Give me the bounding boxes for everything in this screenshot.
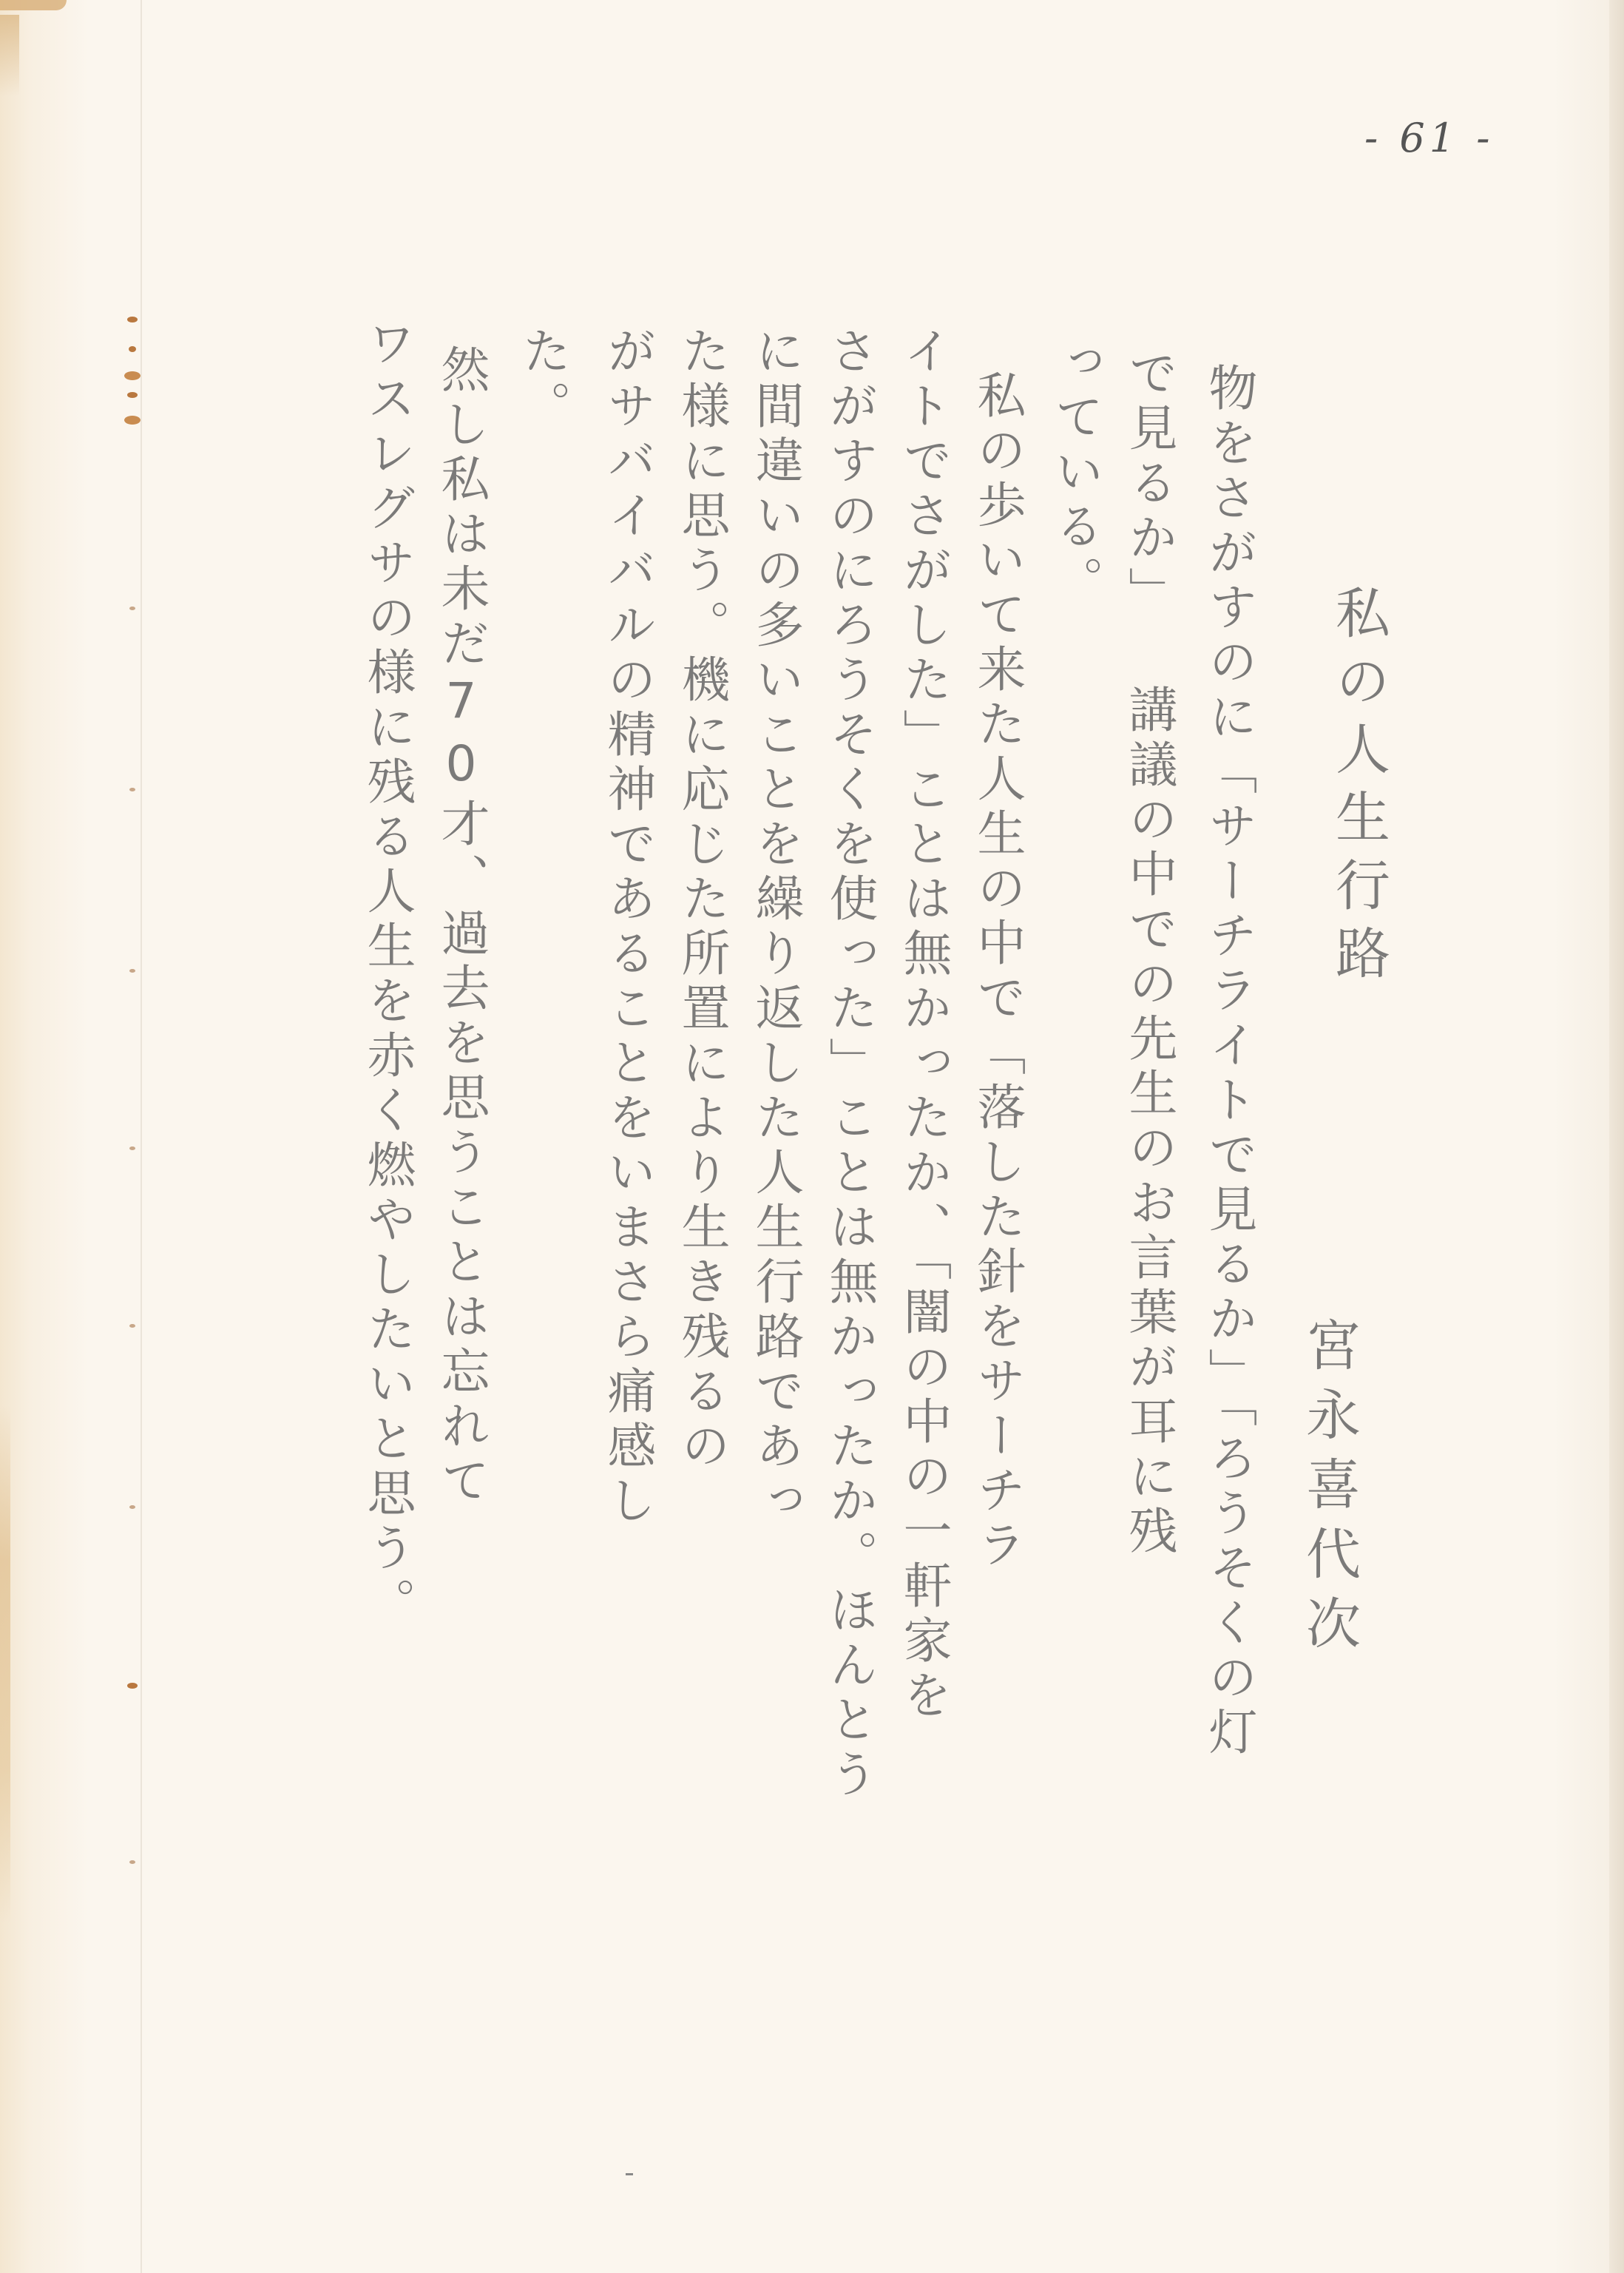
binding-hole (127, 392, 138, 398)
paper-stain-left (0, 15, 19, 96)
binding-hole (129, 1860, 135, 1864)
body-column-9: がサバイバルの精神であることをいまさら痛感し (603, 325, 652, 1530)
body-column-2: で見るか」 講議の中での先生のお言葉が耳に残 (1124, 348, 1173, 1560)
page-right-edge (1609, 0, 1624, 2273)
manuscript-page: - 61 - 私の人生行路 宮永喜代次 物をさがすのに「サーチライトで見るか」「… (0, 0, 1624, 2273)
binding-hole (129, 607, 135, 610)
paper-stain-top (0, 0, 67, 10)
binding-hole (129, 1505, 135, 1509)
binding-hole (124, 416, 141, 425)
paper-stain-left-lower (0, 1405, 10, 1923)
body-column-3: っている。 (1050, 337, 1099, 610)
binding-hole (127, 317, 138, 322)
body-column-7: に間違いの多いことを繰り返した人生行路であっ (751, 325, 799, 1530)
binding-hole (129, 346, 136, 352)
body-column-8: た様に思う。機に応じた所置により生き残るの (677, 325, 725, 1475)
binding-hole (129, 1324, 135, 1328)
body-column-4: 私の歩いて来た人生の中で「落した針をサーチラ (972, 370, 1021, 1574)
body-column-11: 然し私は未だ70才、過去を思うことは忘れて (436, 344, 485, 1510)
body-column-5: イトでさがした」ことは無かったか、「闇の中の一軒家を (899, 325, 947, 1724)
page-number: - 61 - (1364, 115, 1495, 161)
binding-hole (129, 788, 135, 791)
pencil-mark (626, 2173, 633, 2175)
body-column-6: さがすのにろうそくを使った」ことは無かったか。ほんとう (825, 325, 873, 1803)
binding-hole (129, 969, 135, 973)
body-column-1: 物をさがすのに「サーチライトで見るか」「ろうそくの灯 (1204, 362, 1253, 1761)
binding-hole (129, 1146, 135, 1150)
essay-author: 宮永喜代次 (1302, 1317, 1356, 1664)
body-column-10: た。 (518, 325, 566, 435)
essay-title: 私の人生行路 (1331, 584, 1386, 993)
binding-fold (141, 0, 142, 2273)
body-column-12: ワスレグサの様に残る人生を赤く燃やしたいと思う。 (362, 318, 411, 1632)
binding-hole (127, 1683, 138, 1689)
binding-hole (124, 371, 141, 380)
